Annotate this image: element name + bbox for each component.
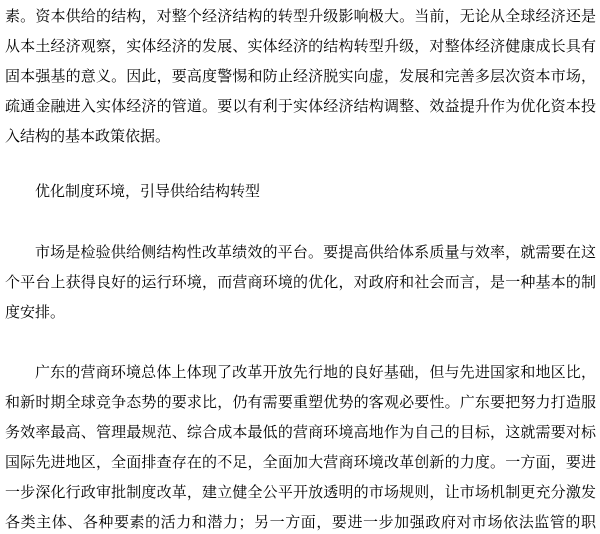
text-line: 市场是检验供给侧结构性改革绩效的平台。要提高供给体系质量与效率，就需要在这	[5, 238, 596, 268]
section-heading: 优化制度环境，引导供给结构转型	[5, 177, 596, 207]
text-line: 度安排。	[5, 298, 596, 328]
text-line: 各类主体、各种要素的活力和潜力；另一方面，要进一步加强政府对市场依法监管的职	[5, 508, 596, 534]
paragraph-market-platform: 市场是检验供给侧结构性改革绩效的平台。要提高供给体系质量与效率，就需要在这 个平…	[5, 238, 596, 328]
text-line: 广东的营商环境总体上体现了改革开放先行地的良好基础，但与先进国家和地区比，	[5, 358, 596, 388]
text-line: 固本强基的意义。因此，要高度警惕和防止经济脱实向虚，发展和完善多层次资本市场，	[5, 62, 596, 92]
text-line: 务效率最高、管理最规范、综合成本最低的营商环境高地作为自己的目标，这就需要对标	[5, 418, 596, 448]
text-line: 一步深化行政审批制度改革，建立健全公平开放透明的市场规则，让市场机制更充分激发	[5, 478, 596, 508]
paragraph-capital-supply: 素。资本供给的结构，对整个经济结构的转型升级影响极大。当前，无论从全球经济还是 …	[5, 2, 596, 152]
paragraph-guangdong-business-environment: 广东的营商环境总体上体现了改革开放先行地的良好基础，但与先进国家和地区比， 和新…	[5, 358, 596, 534]
text-line: 个平台上获得良好的运行环境，而营商环境的优化，对政府和社会而言，是一种基本的制	[5, 268, 596, 298]
text-line: 素。资本供给的结构，对整个经济结构的转型升级影响极大。当前，无论从全球经济还是	[5, 2, 596, 32]
text-line: 从本土经济观察，实体经济的发展、实体经济的结构转型升级，对整体经济健康成长具有	[5, 32, 596, 62]
document-page: 素。资本供给的结构，对整个经济结构的转型升级影响极大。当前，无论从全球经济还是 …	[0, 0, 600, 534]
text-line: 和新时期全球竞争态势的要求比，仍有需要重塑优势的客观必要性。广东要把努力打造服	[5, 388, 596, 418]
text-line: 疏通金融进入实体经济的管道。要以有利于实体经济结构调整、效益提升作为优化资本投	[5, 92, 596, 122]
text-line: 入结构的基本政策依据。	[5, 122, 596, 152]
text-line: 国际先进地区，全面排查存在的不足，全面加大营商环境改革创新的力度。一方面，要进	[5, 448, 596, 478]
